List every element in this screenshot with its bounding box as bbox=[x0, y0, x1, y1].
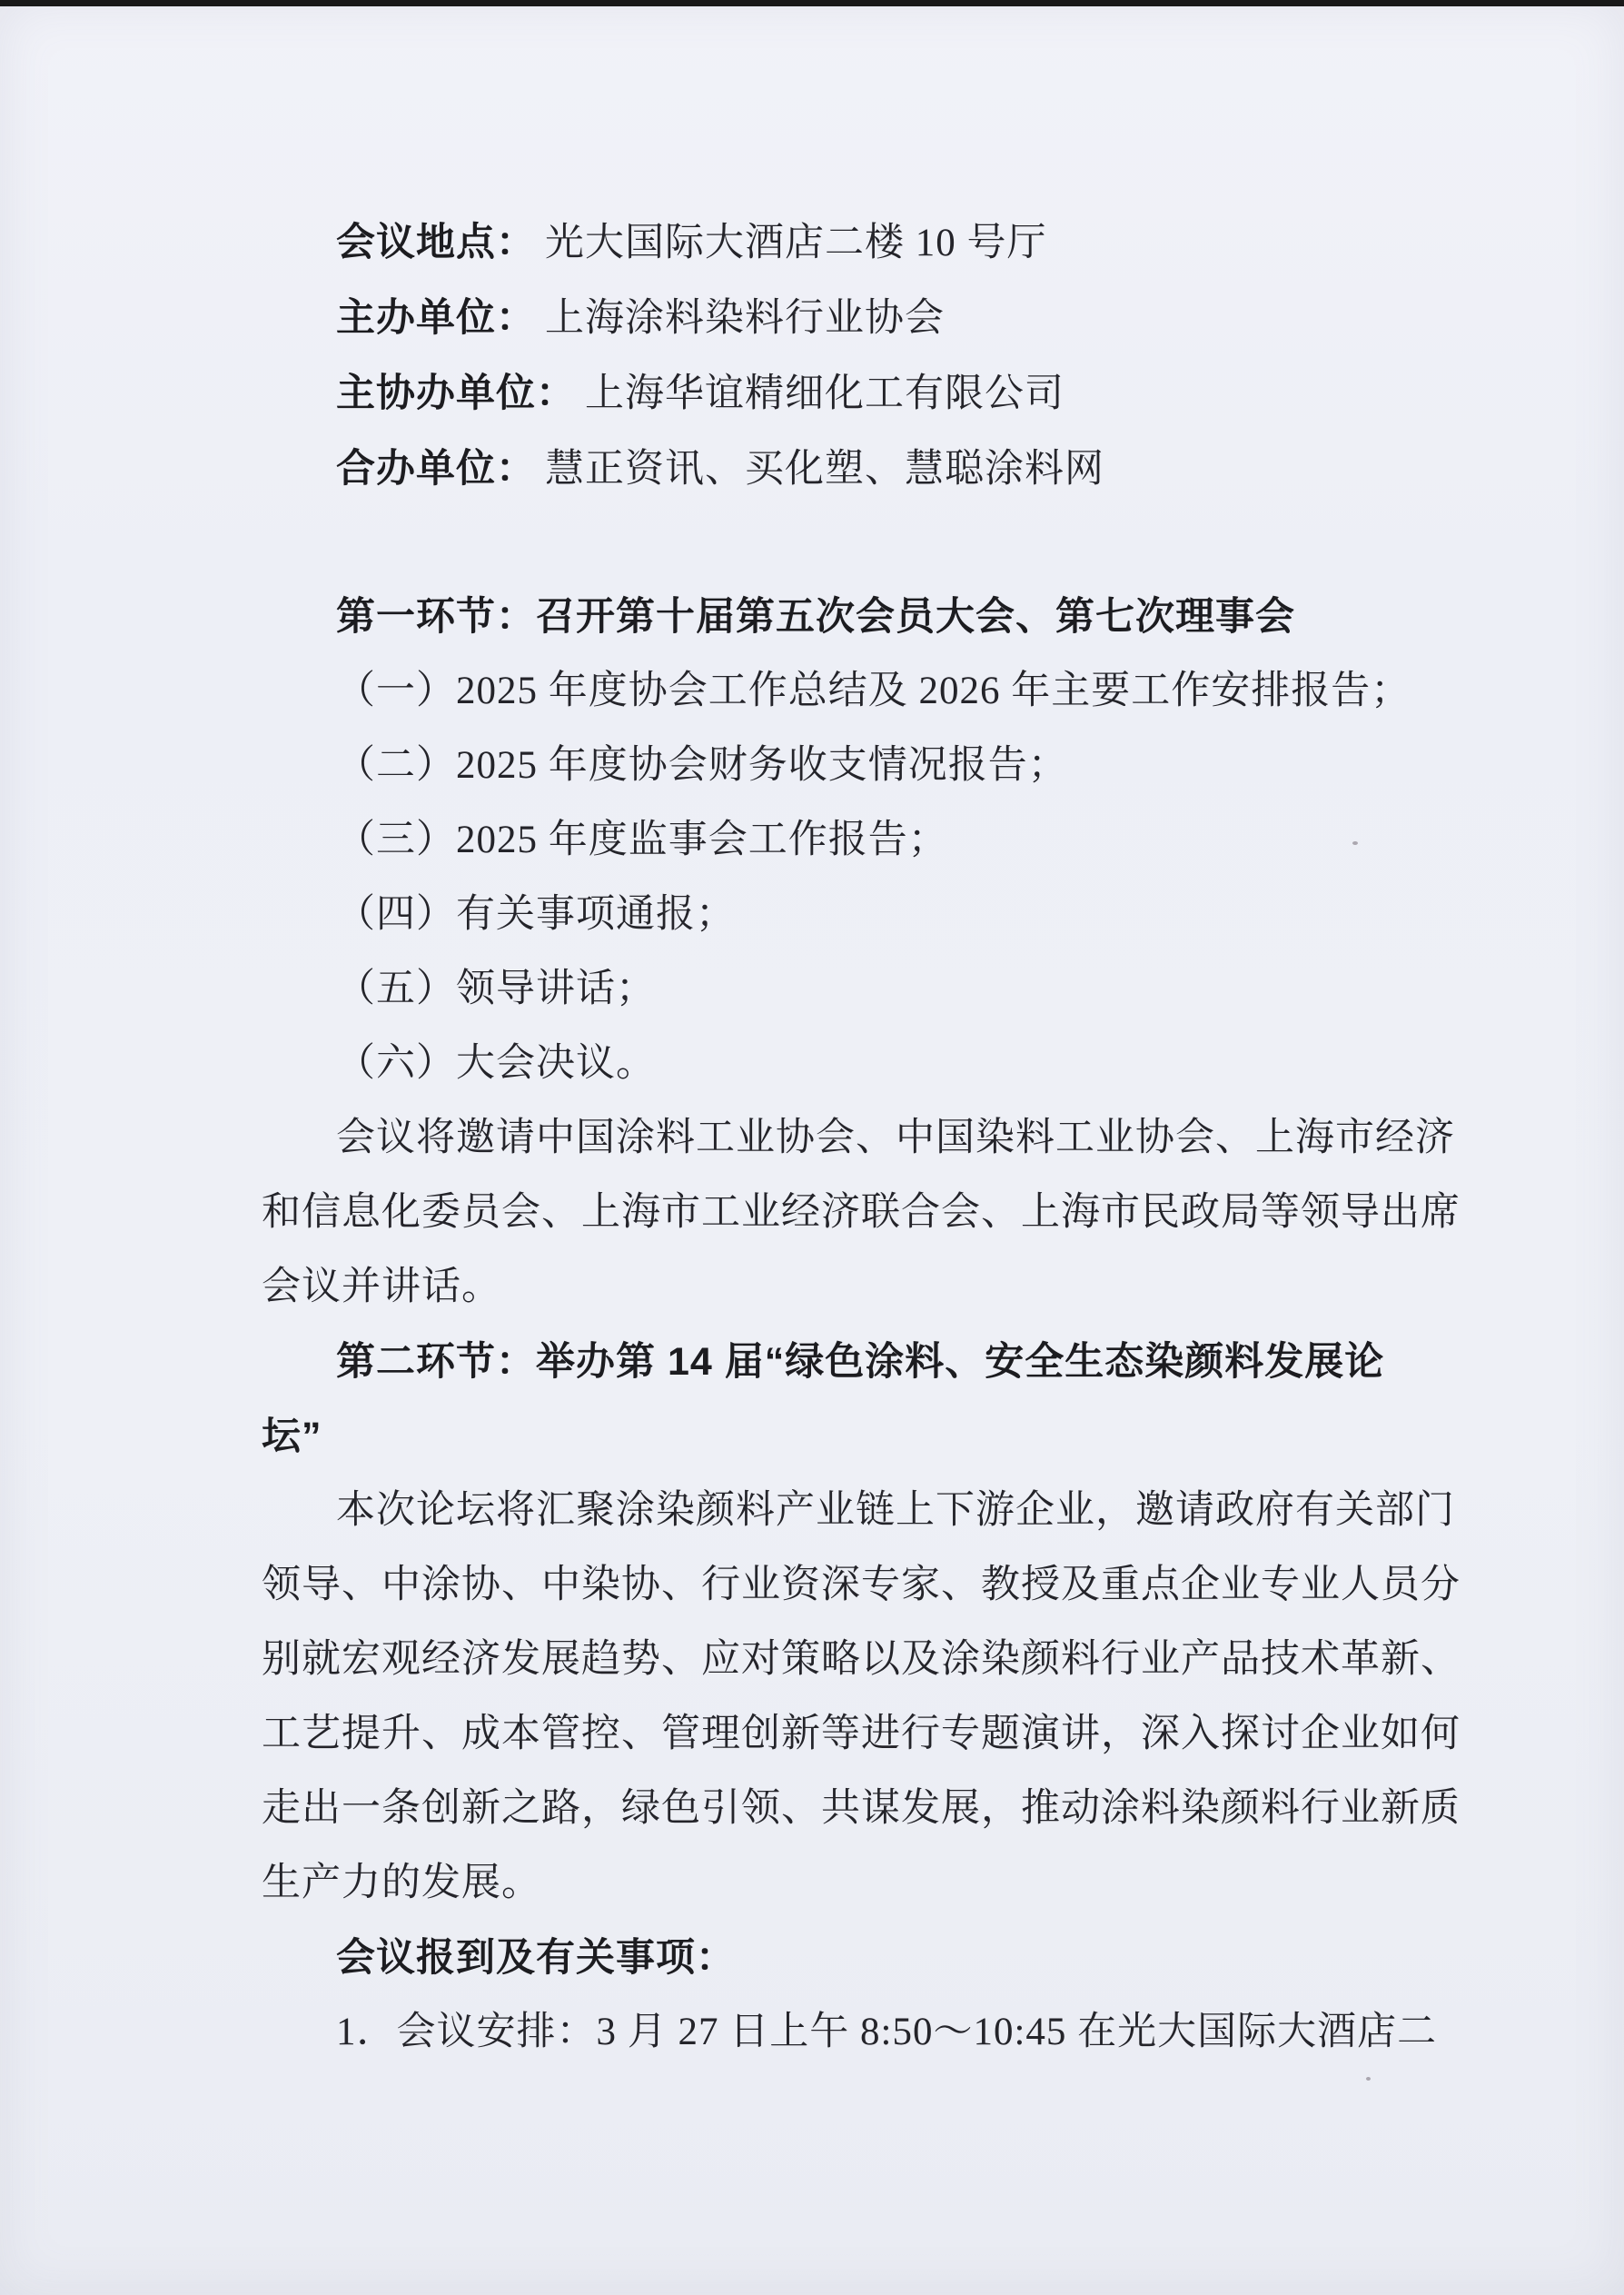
section2-paragraph-line-1: 本次论坛将汇聚涂染颜料产业链上下游企业，邀请政府有关部门 bbox=[262, 1474, 1470, 1548]
scanned-document-page: 会议地点：光大国际大酒店二楼 10 号厅 主办单位：上海涂料染料行业协会 主协办… bbox=[0, 0, 1624, 2295]
agenda-item-3: （三）2025 年度监事会工作报告； bbox=[262, 803, 1470, 878]
scan-speck bbox=[1366, 2077, 1371, 2081]
agenda-item-4: （四）有关事项通报； bbox=[262, 878, 1470, 952]
section1-paragraph-line-1: 会议将邀请中国涂料工业协会、中国染料工业协会、上海市经济 bbox=[262, 1101, 1470, 1176]
info-line-organizer: 主办单位：上海涂料染料行业协会 bbox=[262, 281, 1470, 356]
info-label-joint-organizer: 合办单位： bbox=[336, 447, 536, 491]
section2-paragraph-line-2: 领导、中涂协、中染协、行业资深专家、教授及重点企业专业人员分 bbox=[262, 1548, 1470, 1623]
agenda-item-2: （二）2025 年度协会财务收支情况报告； bbox=[262, 729, 1470, 803]
info-label-organizer: 主办单位： bbox=[336, 296, 536, 340]
scan-edge-artifact bbox=[0, 0, 1624, 6]
info-label-venue: 会议地点： bbox=[336, 221, 536, 264]
section1-paragraph-line-2: 和信息化委员会、上海市工业经济联合会、上海市民政局等领导出席 bbox=[262, 1176, 1470, 1250]
info-value-organizer: 上海涂料染料行业协会 bbox=[545, 297, 945, 340]
section2-paragraph-line-5: 走出一条创新之路，绿色引领、共谋发展，推动涂料染颜料行业新质 bbox=[262, 1772, 1470, 1846]
registration-heading: 会议报到及有关事项： bbox=[262, 1921, 1470, 1995]
section2-heading-line-1: 第二环节：举办第 14 届“绿色涂料、安全生态染颜料发展论 bbox=[262, 1325, 1470, 1399]
registration-item-line: 1．会议安排：3 月 27 日上午 8:50～10:45 在光大国际大酒店二 bbox=[262, 1995, 1470, 2070]
info-line-joint-organizer: 合办单位：慧正资讯、买化塑、慧聪涂料网 bbox=[262, 432, 1470, 507]
agenda-item-5: （五）领导讲话； bbox=[262, 952, 1470, 1027]
info-label-co-organizer: 主协办单位： bbox=[336, 372, 576, 415]
info-value-venue: 光大国际大酒店二楼 10 号厅 bbox=[545, 222, 1047, 264]
info-value-co-organizer: 上海华谊精细化工有限公司 bbox=[585, 373, 1065, 415]
section1-heading: 第一环节：召开第十届第五次会员大会、第七次理事会 bbox=[262, 580, 1470, 654]
section2-paragraph-line-4: 工艺提升、成本管控、管理创新等进行专题演讲，深入探讨企业如何 bbox=[262, 1697, 1470, 1772]
section1-paragraph-line-3: 会议并讲话。 bbox=[262, 1250, 1470, 1325]
info-line-venue: 会议地点：光大国际大酒店二楼 10 号厅 bbox=[262, 205, 1470, 281]
document-content: 会议地点：光大国际大酒店二楼 10 号厅 主办单位：上海涂料染料行业协会 主协办… bbox=[262, 205, 1470, 2070]
info-line-co-organizer: 主协办单位：上海华谊精细化工有限公司 bbox=[262, 356, 1470, 432]
section2-heading-line-2: 坛” bbox=[262, 1399, 1470, 1474]
info-value-joint-organizer: 慧正资讯、买化塑、慧聪涂料网 bbox=[545, 448, 1104, 491]
agenda-item-1: （一）2025 年度协会工作总结及 2026 年主要工作安排报告； bbox=[262, 654, 1470, 729]
section2-paragraph-line-3: 别就宏观经济发展趋势、应对策略以及涂染颜料行业产品技术革新、 bbox=[262, 1623, 1470, 1697]
section2-paragraph-line-6: 生产力的发展。 bbox=[262, 1846, 1470, 1921]
agenda-item-6: （六）大会决议。 bbox=[262, 1027, 1470, 1101]
